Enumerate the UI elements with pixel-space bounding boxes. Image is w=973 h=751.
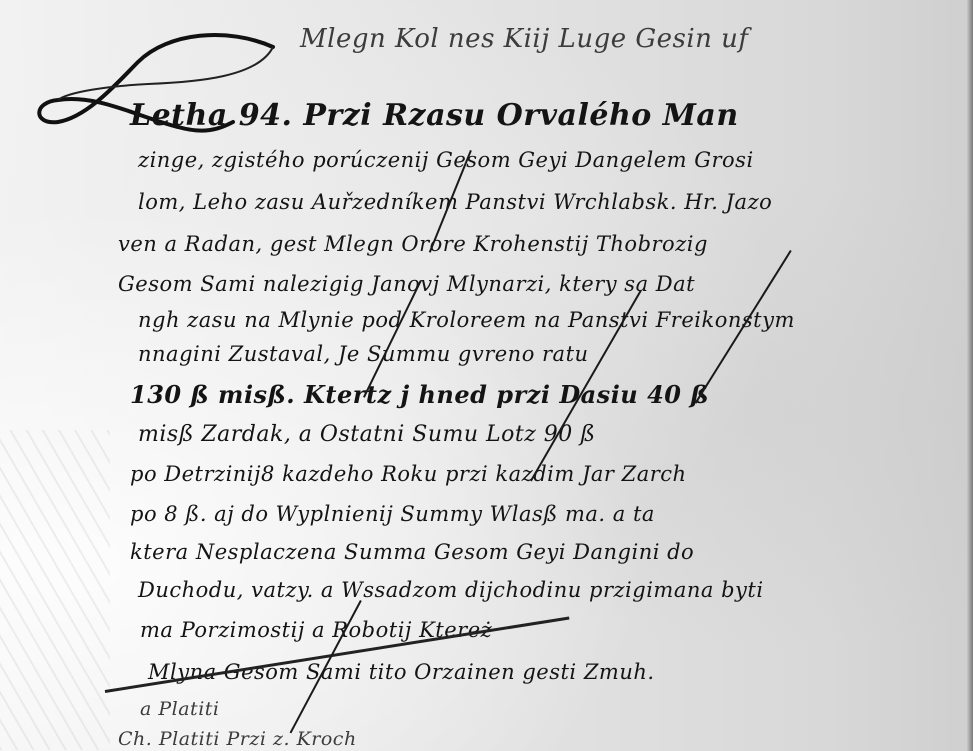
text-line: ngh zasu na Mlynie pod Kroloreem na Pans… <box>138 308 795 332</box>
page-edge <box>967 0 973 751</box>
amount-line: 130 ß misß. Ktertz j hned przi Dasiu 40 … <box>130 380 709 409</box>
text-line: po 8 ß. aj do Wyplnienij Summy Wlasß ma.… <box>130 502 655 526</box>
amount-line: misß Zardak, a Ostatni Sumu Lotz 90 ß <box>138 422 595 447</box>
year-heading-line: Letha 94. Przi Rzasu Orvalého Man <box>130 98 739 133</box>
manuscript-page: Mlegn Kol nes Kiij Luge Gesin uf Letha 9… <box>0 0 973 751</box>
text-line: zinge, zgistého porúczenij Gesom Geyi Da… <box>138 148 754 172</box>
text-line: po Detrzinij8 kazdeho Roku przi kazdim J… <box>130 462 687 486</box>
text-line: ktera Nesplaczena Summa Gesom Geyi Dangi… <box>130 540 694 564</box>
text-line: a Platiti <box>140 698 219 720</box>
header-annotation: Mlegn Kol nes Kiij Luge Gesin uf <box>300 24 749 54</box>
text-line: nnagini Zustaval, Je Summu gvreno ratu <box>138 342 589 366</box>
ink-bleed-through <box>0 430 110 750</box>
text-line: Duchodu, vatzy. a Wssadzom dijchodinu pr… <box>138 578 764 602</box>
text-line: Ch. Platiti Przi z. Kroch <box>118 728 357 750</box>
text-line: ven a Radan, gest Mlegn Orore Krohenstij… <box>118 232 708 256</box>
text-line: lom, Leho zasu Auřzedníkem Panstvi Wrchl… <box>138 190 772 214</box>
text-line: Gesom Sami nalezigig Janovj Mlynarzi, kt… <box>118 272 695 296</box>
